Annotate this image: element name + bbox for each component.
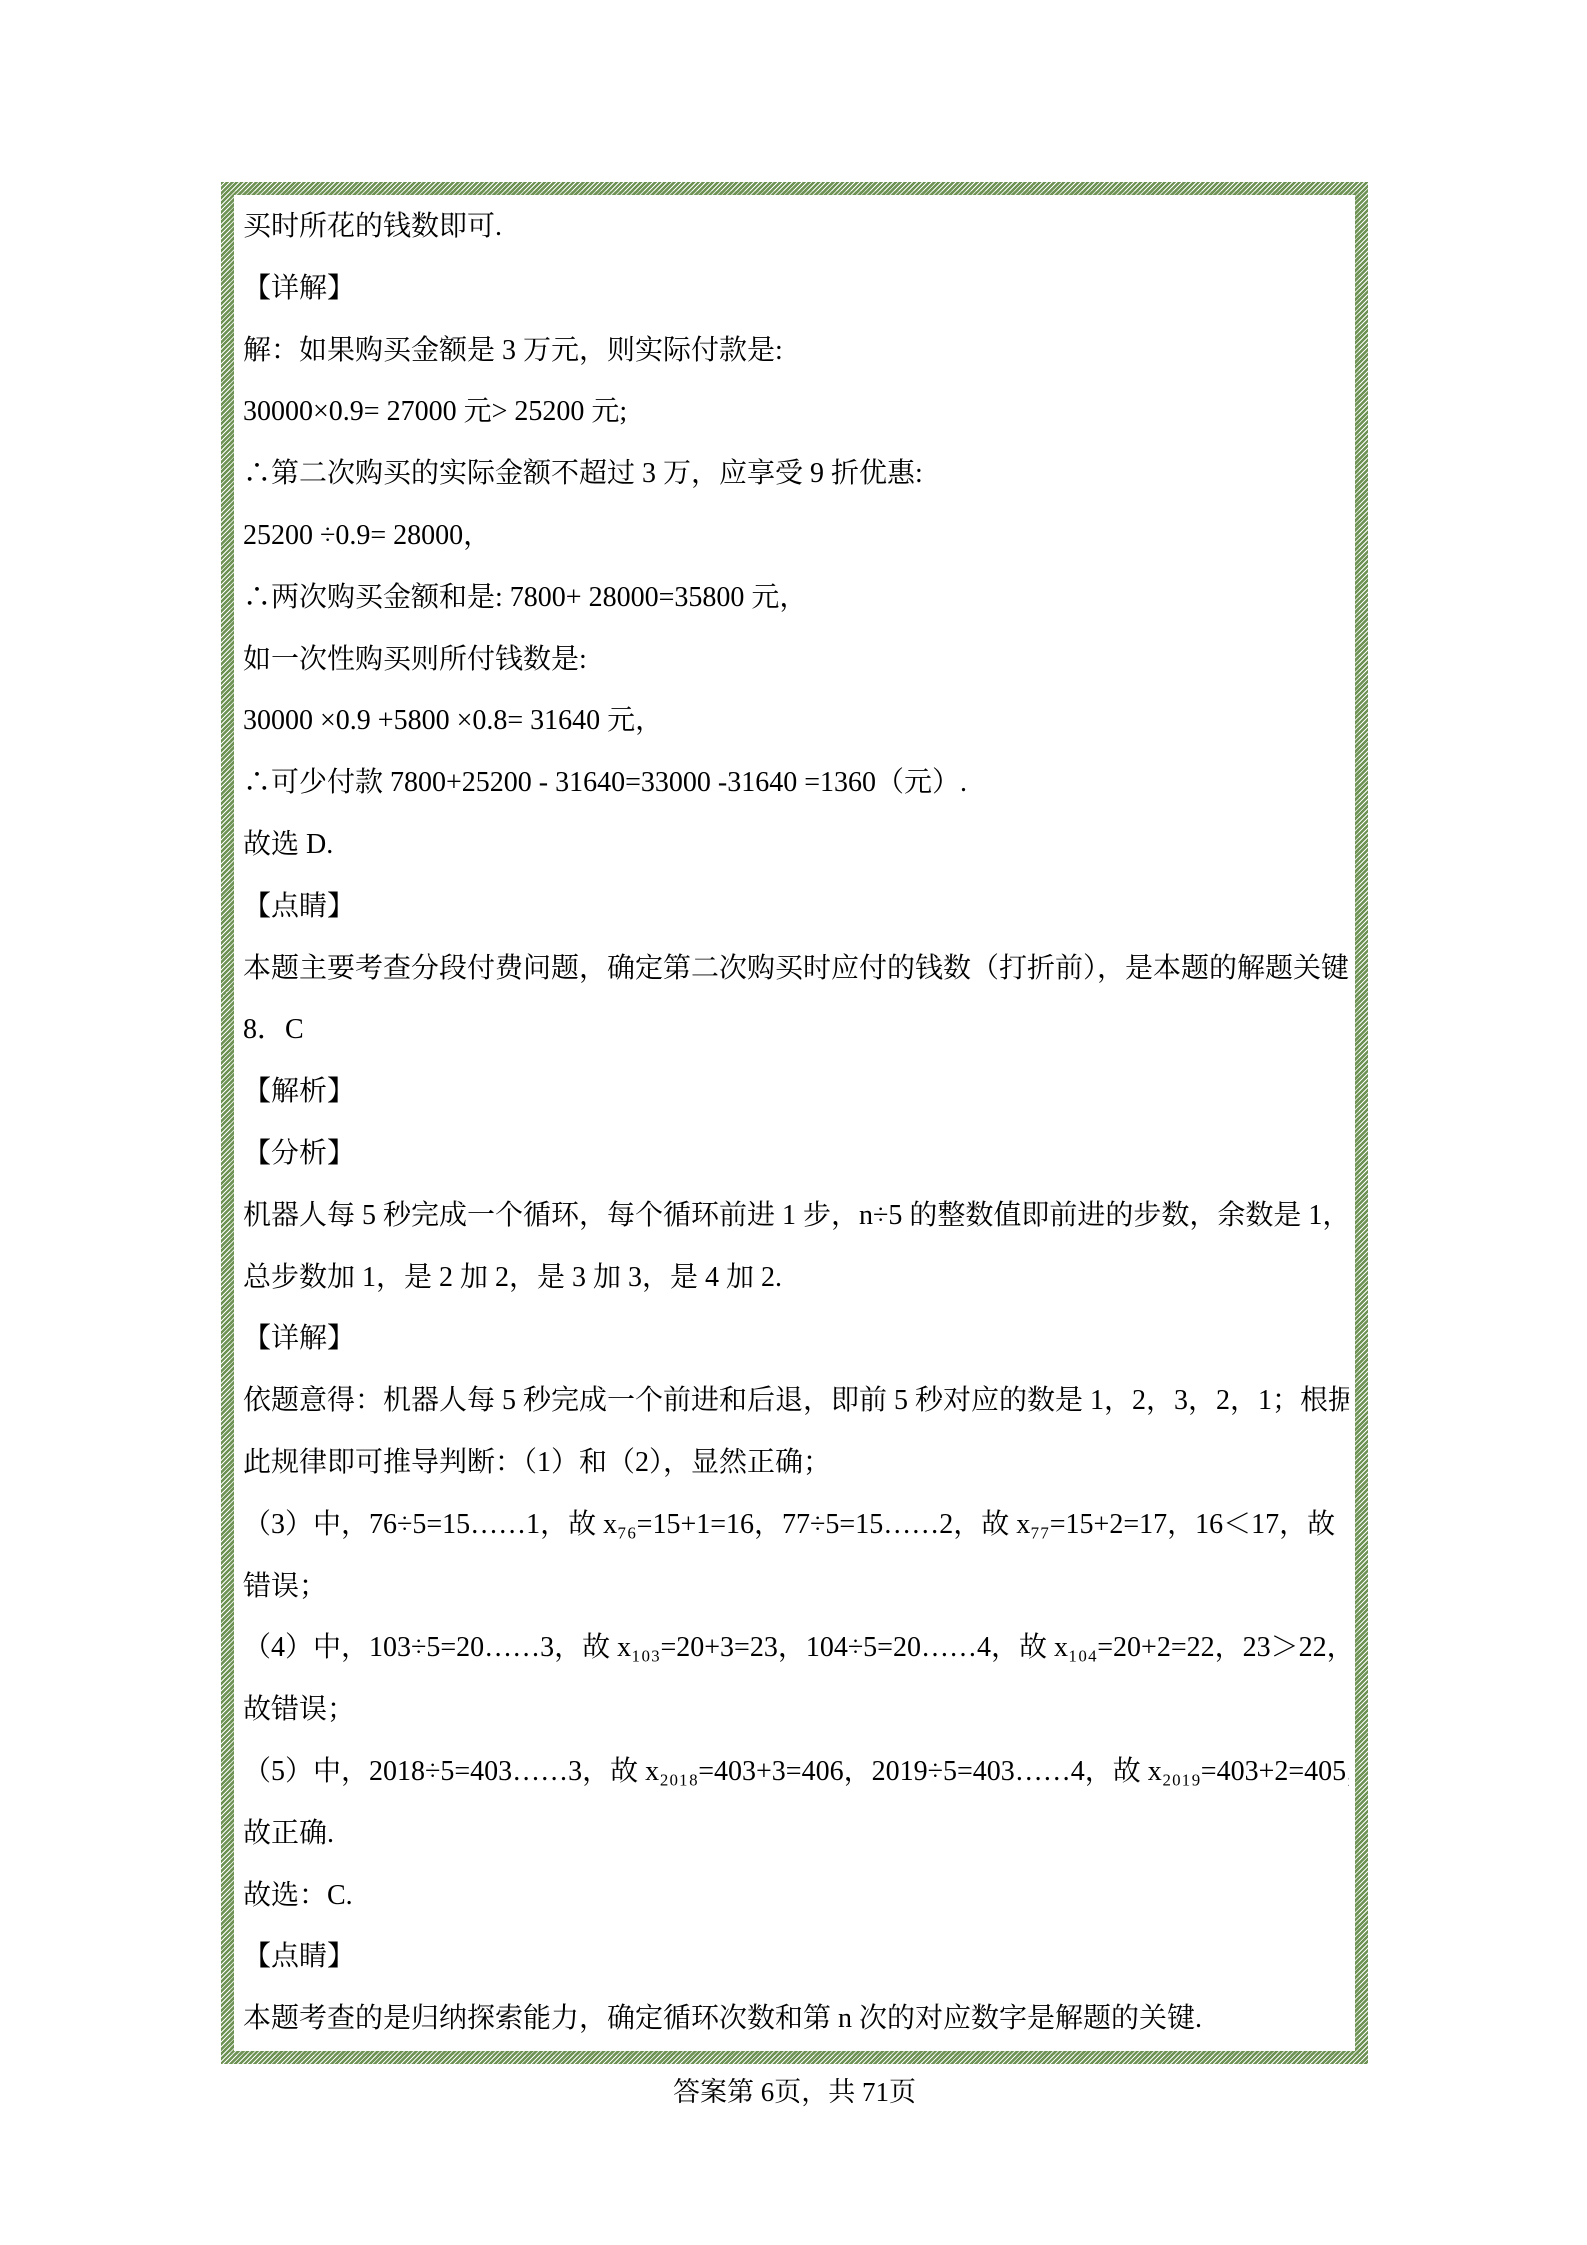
doc-line: 如一次性购买则所付钱数是:: [243, 629, 1349, 691]
doc-line: 买时所花的钱数即可.: [243, 196, 1349, 258]
answer-line: 故选 D.: [243, 814, 1349, 876]
doc-line: 本题主要考查分段付费问题，确定第二次购买时应付的钱数（打折前），是本题的解题关键…: [243, 938, 1349, 1000]
doc-line: 30000 ×0.9 +5800 ×0.8= 31640 元，: [243, 690, 1349, 752]
doc-line: 总步数加 1，是 2 加 2，是 3 加 3，是 4 加 2.: [243, 1247, 1349, 1309]
footer-page-number: 答案第 6页，共 71页: [221, 2076, 1368, 2108]
doc-line: 机器人每 5 秒完成一个循环，每个循环前进 1 步，n÷5 的整数值即前进的步数…: [243, 1185, 1349, 1247]
doc-line: 30000×0.9= 27000 元> 25200 元;: [243, 381, 1349, 443]
doc-line: （4）中，103÷5=20……3，故 x₁₀₃=20+3=23，104÷5=20…: [243, 1617, 1349, 1679]
section-heading-jiexi: 【解析】: [243, 1061, 1349, 1123]
doc-line: 依题意得：机器人每 5 秒完成一个前进和后退，即前 5 秒对应的数是 1，2，3…: [243, 1370, 1349, 1432]
doc-line: （3）中，76÷5=15……1，故 x₇₆=15+1=16，77÷5=15……2…: [243, 1494, 1349, 1556]
answer-line: 故选：C.: [243, 1865, 1349, 1927]
doc-line: ∴可少付款 7800+25200 - 31640=33000 -31640 =1…: [243, 752, 1349, 814]
section-heading-fenxi: 【分析】: [243, 1123, 1349, 1185]
question-8-answer: 8．C: [243, 999, 1349, 1061]
doc-line: 解：如果购买金额是 3 万元，则实际付款是:: [243, 320, 1349, 382]
section-heading-xiangjie: 【详解】: [243, 1308, 1349, 1370]
document-body: 买时所花的钱数即可. 【详解】 解：如果购买金额是 3 万元，则实际付款是: 3…: [234, 195, 1355, 2051]
doc-line: 故错误；: [243, 1679, 1349, 1741]
answer-sheet-page: 买时所花的钱数即可. 【详解】 解：如果购买金额是 3 万元，则实际付款是: 3…: [0, 0, 1587, 2245]
doc-line: 此规律即可推导判断：（1）和（2），显然正确；: [243, 1432, 1349, 1494]
doc-line: ∴第二次购买的实际金额不超过 3 万，应享受 9 折优惠:: [243, 443, 1349, 505]
section-heading-dianjing: 【点睛】: [243, 876, 1349, 938]
section-heading-xiangjie: 【详解】: [243, 258, 1349, 320]
doc-line: ∴两次购买金额和是: 7800+ 28000=35800 元，: [243, 567, 1349, 629]
doc-line: （5）中，2018÷5=403……3，故 x₂₀₁₈=403+3=406，201…: [243, 1741, 1349, 1803]
border-inner-halo: 买时所花的钱数即可. 【详解】 解：如果购买金额是 3 万元，则实际付款是: 3…: [230, 191, 1359, 2055]
section-heading-dianjing: 【点睛】: [243, 1926, 1349, 1988]
doc-line: 故正确.: [243, 1803, 1349, 1865]
doc-line: 25200 ÷0.9= 28000，: [243, 505, 1349, 567]
doc-line: 本题考查的是归纳探索能力，确定循环次数和第 n 次的对应数字是解题的关键.: [243, 1988, 1349, 2050]
doc-line: 错误；: [243, 1556, 1349, 1618]
decorative-striped-border: 买时所花的钱数即可. 【详解】 解：如果购买金额是 3 万元，则实际付款是: 3…: [221, 182, 1368, 2064]
